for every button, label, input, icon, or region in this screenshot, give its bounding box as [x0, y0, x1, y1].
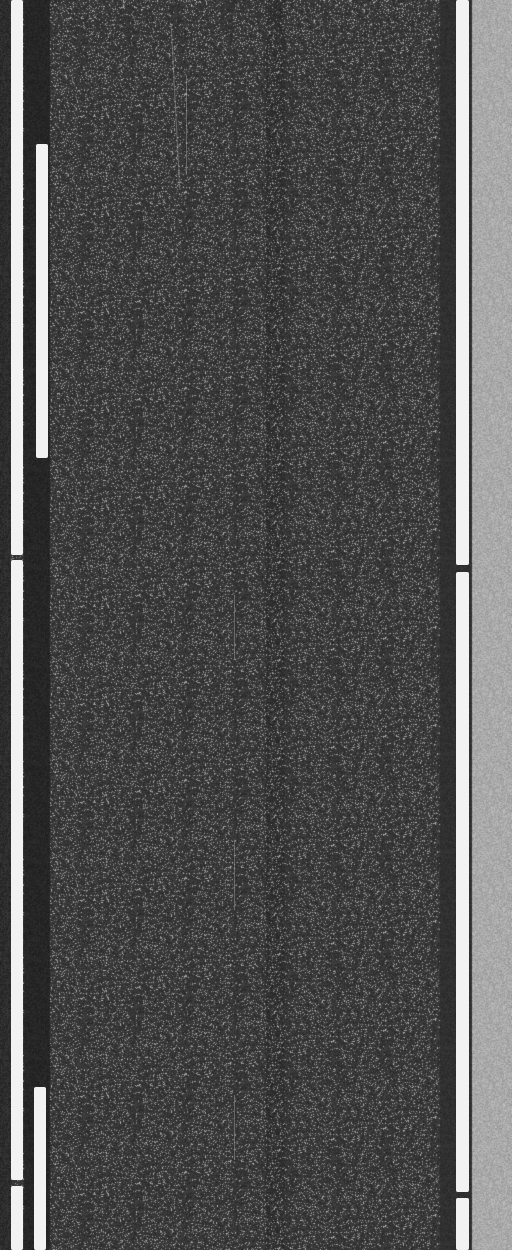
right-edge-line-segment — [456, 1198, 469, 1250]
lane-dash — [34, 1087, 46, 1250]
pavement-crack — [186, 75, 187, 175]
asphalt-texture — [0, 0, 512, 1250]
left-edge-line-segment — [11, 1186, 23, 1250]
left-edge-line-segment — [11, 0, 23, 555]
lane-dash — [36, 144, 48, 458]
pavement-crack — [234, 595, 235, 660]
right-edge-line-segment — [456, 0, 469, 565]
right-edge-line-segment — [456, 572, 469, 1192]
road-aerial-image — [0, 0, 512, 1250]
pavement-crack — [234, 1095, 235, 1160]
left-edge-line-segment — [11, 560, 23, 1180]
pavement-crack — [234, 840, 235, 910]
